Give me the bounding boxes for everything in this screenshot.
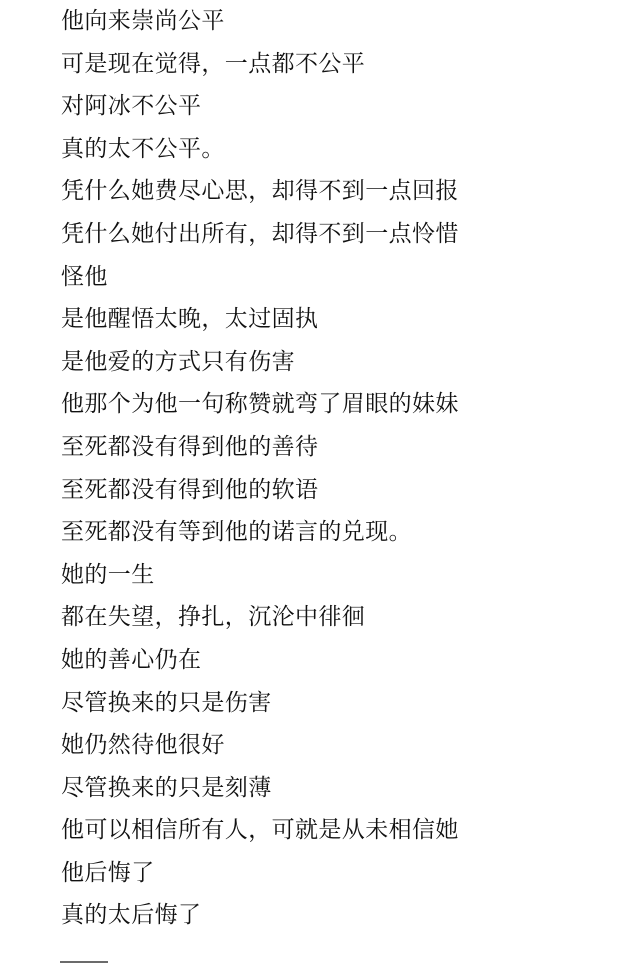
separator-dash	[60, 961, 108, 963]
poem-line: 是他爱的方式只有伤害	[61, 341, 459, 384]
poem-line: 她的善心仍在	[61, 639, 459, 682]
poem-line: 他向来崇尚公平	[61, 0, 459, 43]
poem-line: 尽管换来的只是刻薄	[61, 767, 459, 810]
poem-text: 他向来崇尚公平 可是现在觉得，一点都不公平 对阿冰不公平 真的太不公平。 凭什么…	[61, 0, 459, 937]
poem-line: 至死都没有得到他的善待	[61, 426, 459, 469]
poem-line: 都在失望，挣扎，沉沦中徘徊	[61, 596, 459, 639]
poem-line: 对阿冰不公平	[61, 85, 459, 128]
poem-line: 凭什么她付出所有，却得不到一点怜惜	[61, 213, 459, 256]
poem-line: 尽管换来的只是伤害	[61, 682, 459, 725]
poem-line: 至死都没有等到他的诺言的兑现。	[61, 511, 459, 554]
poem-line: 怪他	[61, 256, 459, 299]
poem-line: 他后悔了	[61, 852, 459, 895]
poem-line: 真的太不公平。	[61, 128, 459, 171]
poem-line: 他可以相信所有人，可就是从未相信她	[61, 809, 459, 852]
poem-line: 是他醒悟太晚，太过固执	[61, 298, 459, 341]
poem-line: 她仍然待他很好	[61, 724, 459, 767]
poem-line: 凭什么她费尽心思，却得不到一点回报	[61, 170, 459, 213]
poem-line: 至死都没有得到他的软语	[61, 469, 459, 512]
poem-line: 他那个为他一句称赞就弯了眉眼的妹妹	[61, 383, 459, 426]
poem-line: 真的太后悔了	[61, 894, 459, 937]
poem-line: 她的一生	[61, 554, 459, 597]
poem-line: 可是现在觉得，一点都不公平	[61, 43, 459, 86]
